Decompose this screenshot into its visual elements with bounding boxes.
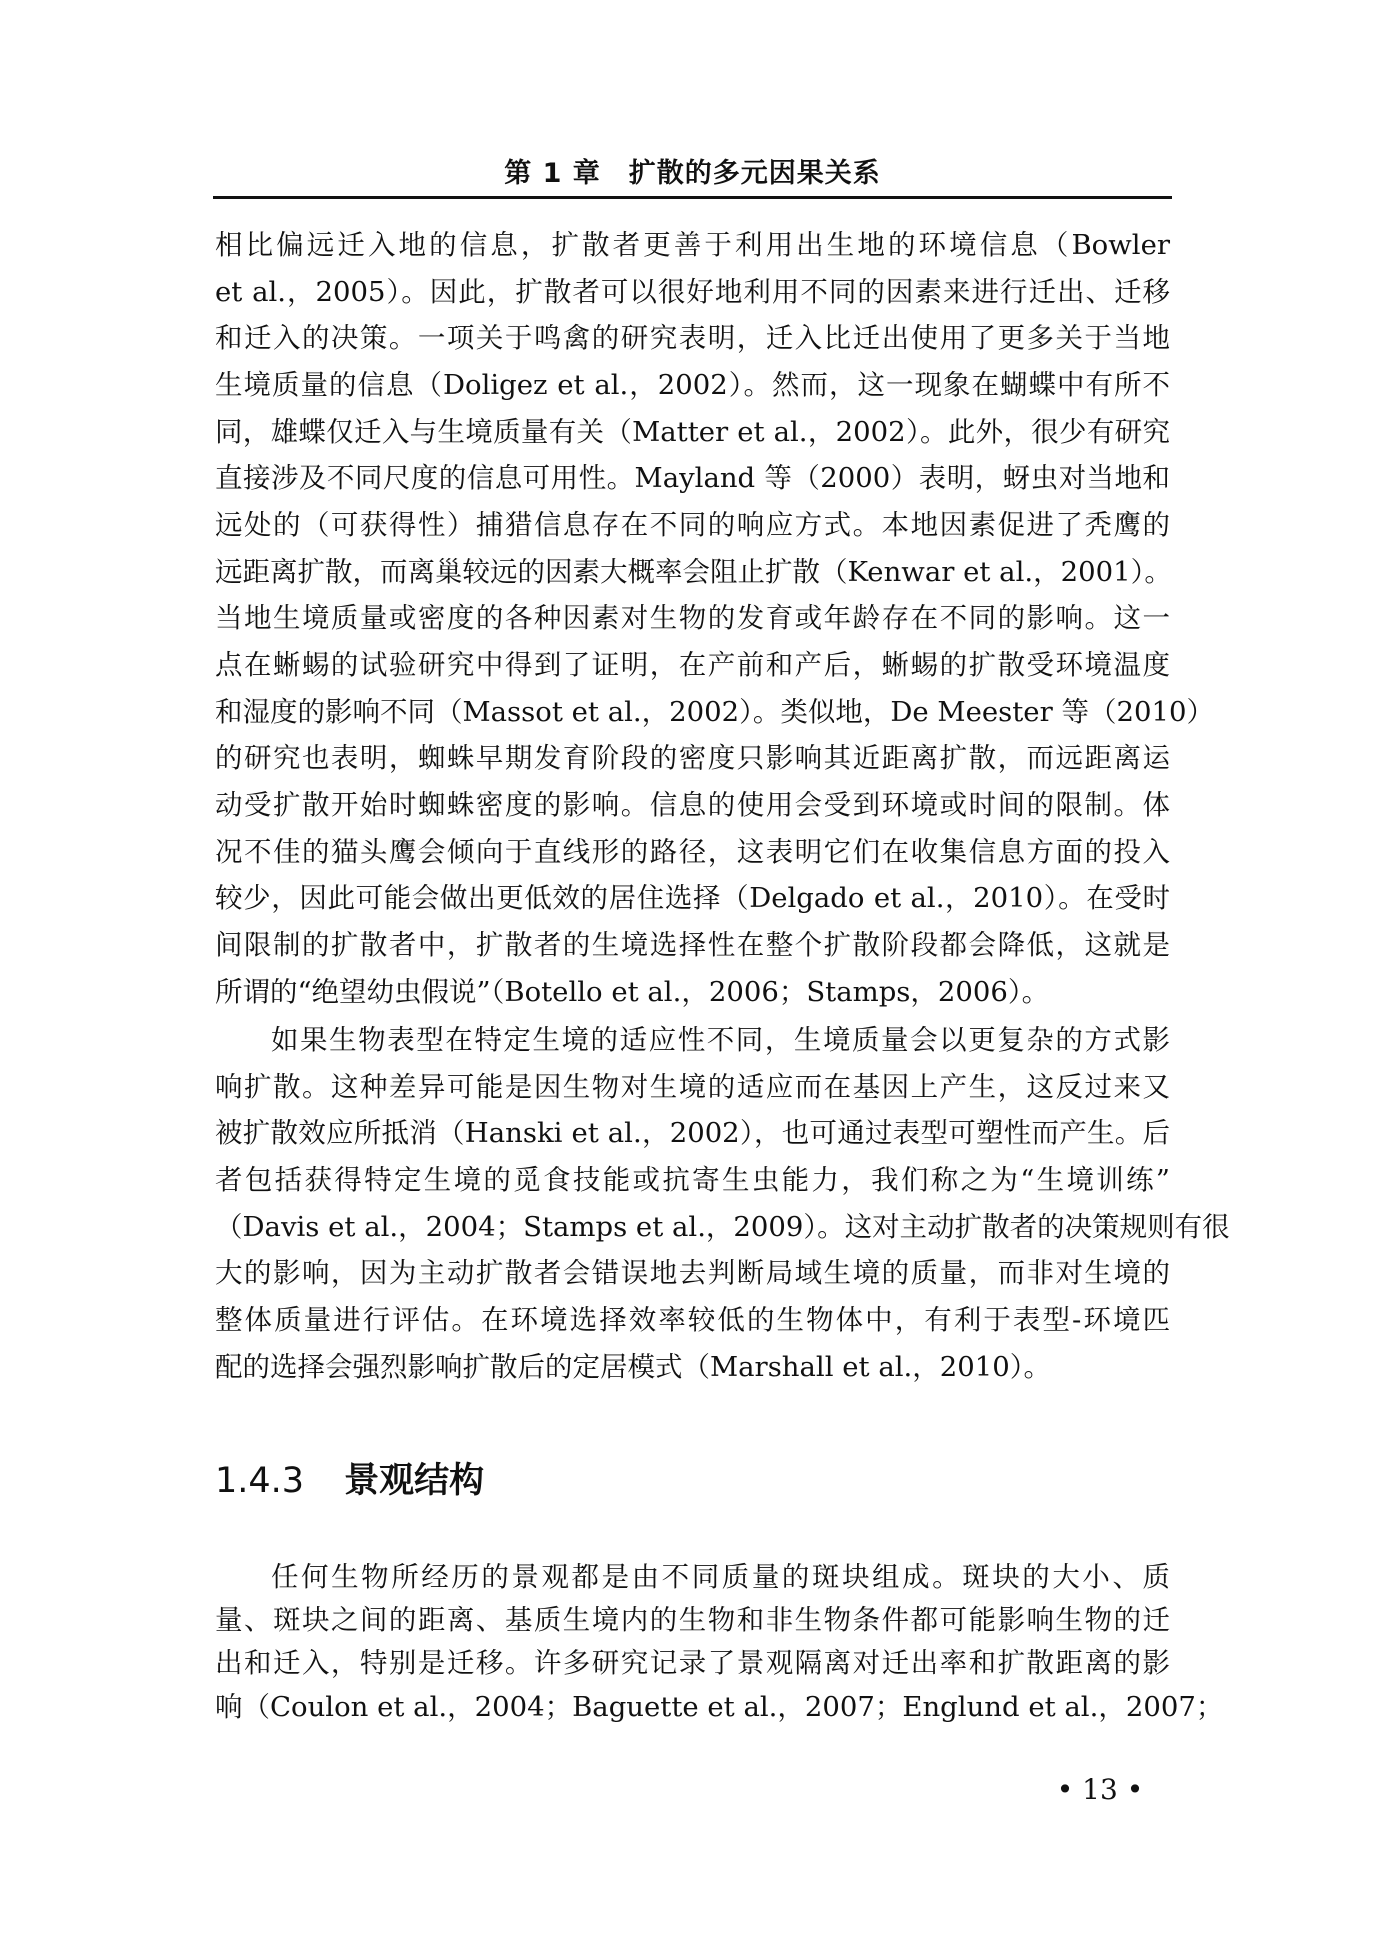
text-line: 同，雄蝶仅迁入与生境质量有关（Matter et al.，2002）。此外，很少… (215, 412, 1170, 452)
text-line: 被扩散效应所抵消（Hanski et al.，2002），也可通过表型可塑性而产… (215, 1113, 1170, 1153)
text-line: 响扩散。这种差异可能是因生物对生境的适应而在基因上产生，这反过来又 (215, 1067, 1170, 1107)
text-line: 响（Coulon et al.，2004；Baguette et al.，200… (215, 1687, 1170, 1727)
text-line: 点在蜥蜴的试验研究中得到了证明，在产前和产后，蜥蜴的扩散受环境温度 (215, 645, 1170, 685)
text-line: 所谓的“绝望幼虫假说”（Botello et al.，2006；Stamps，2… (215, 972, 1170, 1012)
text-line: 远处的（可获得性）捕猎信息存在不同的响应方式。本地因素促进了秃鹰的 (215, 505, 1170, 545)
text-line: 动受扩散开始时蜘蛛密度的影响。信息的使用会受到环境或时间的限制。体 (215, 785, 1170, 825)
text-line: 生境质量的信息（Doligez et al.，2002）。然而，这一现象在蝴蝶中… (215, 365, 1170, 405)
text-line: （Davis et al.，2004；Stamps et al.，2009）。这… (215, 1207, 1170, 1247)
text-line: 量、斑块之间的距离、基质生境内的生物和非生物条件都可能影响生物的迁 (215, 1600, 1170, 1640)
text-line: 出和迁入，特别是迁移。许多研究记录了景观隔离对迁出率和扩散距离的影 (215, 1643, 1170, 1683)
text-line: 直接涉及不同尺度的信息可用性。Mayland 等（2000）表明，蚜虫对当地和 (215, 458, 1170, 498)
text-line: 的研究也表明，蜘蛛早期发育阶段的密度只影响其近距离扩散，而远距离运 (215, 738, 1170, 778)
section-number: 1.4.3 (215, 1461, 304, 1501)
text-line: et al.，2005）。因此，扩散者可以很好地利用不同的因素来进行迁出、迁移 (215, 272, 1170, 312)
text-line: 整体质量进行评估。在环境选择效率较低的生物体中，有利于表型-环境匹 (215, 1300, 1170, 1340)
text-line: 任何生物所经历的景观都是由不同质量的斑块组成。斑块的大小、质 (271, 1557, 1170, 1597)
page-number: • 13 • (1050, 1772, 1150, 1808)
text-line: 相比偏远迁入地的信息，扩散者更善于利用出生地的环境信息（Bowler (215, 225, 1170, 265)
text-line: 况不佳的猫头鹰会倾向于直线形的路径，这表明它们在收集信息方面的投入 (215, 832, 1170, 872)
text-line: 者包括获得特定生境的觅食技能或抗寄生虫能力，我们称之为“生境训练” (215, 1160, 1170, 1200)
text-line: 当地生境质量或密度的各种因素对生物的发育或年龄存在不同的影响。这一 (215, 598, 1170, 638)
text-line: 和迁入的决策。一项关于鸣禽的研究表明，迁入比迁出使用了更多关于当地 (215, 318, 1170, 358)
section-title: 景观结构 (344, 1461, 484, 1501)
text-line: 间限制的扩散者中，扩散者的生境选择性在整个扩散阶段都会降低，这就是 (215, 925, 1170, 965)
text-line: 大的影响，因为主动扩散者会错误地去判断局域生境的质量，而非对生境的 (215, 1253, 1170, 1293)
running-head: 第 1 章 扩散的多元因果关系 (215, 154, 1170, 194)
header-rule (213, 196, 1172, 199)
text-line: 配的选择会强烈影响扩散后的定居模式（Marshall et al.，2010）。 (215, 1347, 1170, 1387)
text-line: 和湿度的影响不同（Massot et al.，2002）。类似地，De Mees… (215, 692, 1170, 732)
text-line: 较少，因此可能会做出更低效的居住选择（Delgado et al.，2010）。… (215, 878, 1170, 918)
text-line: 远距离扩散，而离巢较远的因素大概率会阻止扩散（Kenwar et al.，200… (215, 552, 1170, 592)
section-heading: 1.4.3景观结构 (215, 1458, 484, 1504)
text-line: 如果生物表型在特定生境的适应性不同，生境质量会以更复杂的方式影 (271, 1020, 1170, 1060)
